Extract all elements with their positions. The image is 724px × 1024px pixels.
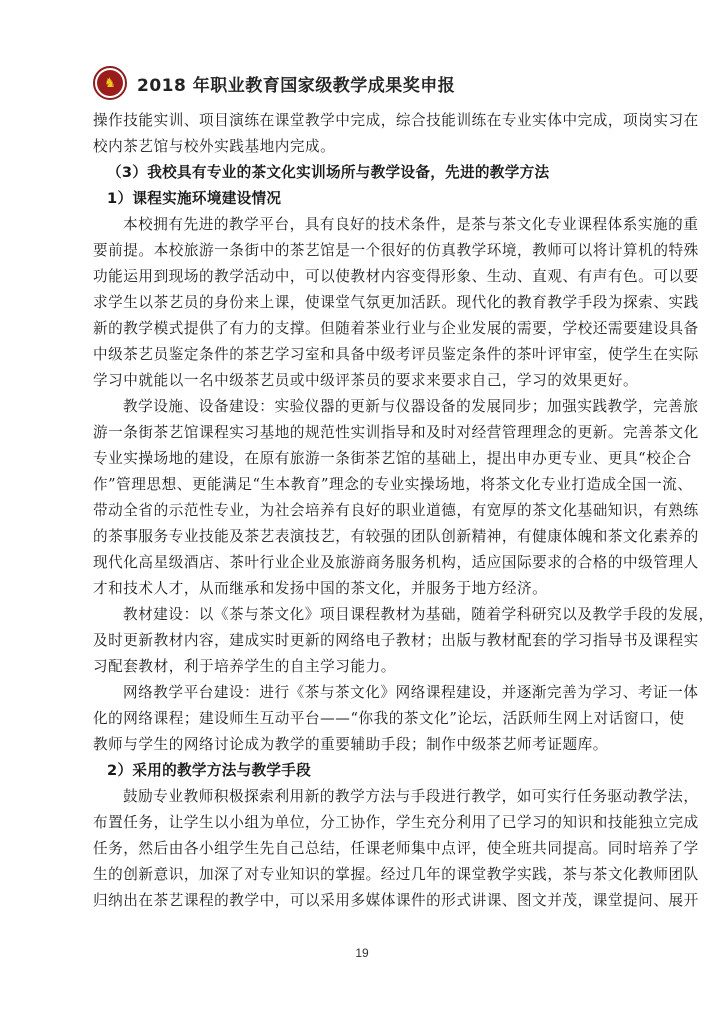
paragraph-line: 要前提。本校旅游一条街中的茶艺馆是一个很好的仿真教学环境，教师可以将计算机的特殊 (93, 238, 653, 264)
paragraph-line: 习配套教材，利于培养学生的自主学习能力。 (93, 654, 653, 680)
paragraph-line: 及时更新教材内容，建成实时更新的网络电子教材；出版与教材配套的学习指导书及课程实 (93, 628, 653, 654)
paragraph-line: 教师与学生的网络讨论成为教学的重要辅助手段；制作中级茶艺师考证题库。 (93, 732, 653, 758)
section-heading: 2）采用的教学方法与教学手段 (93, 758, 653, 784)
document-body: 操作技能实训、项目演练在课堂教学中完成，综合技能训练在专业实体中完成，项岗实习在… (93, 108, 653, 914)
paragraph-line: 生的创新意识，加深了对专业知识的掌握。经过几年的课堂教学实践，茶与茶文化教师团队 (93, 862, 653, 888)
page-header: ♞ 2018 年职业教育国家级教学成果奖申报 (93, 63, 455, 103)
paragraph-line: 现代化高星级酒店、茶叶行业企业及旅游商务服务机构，适应国际要求的合格的中级管理人 (93, 550, 653, 576)
section-heading: 1）课程实施环境建设情况 (93, 186, 653, 212)
paragraph-line: 求学生以茶艺员的身份来上课，使课堂气氛更加活跃。现代化的教育教学手段为探索、实践 (93, 290, 653, 316)
paragraph-line: 任务，然后由各小组学生先自己总结，任课老师集中点评，使全班共同提高。同时培养了学 (93, 836, 653, 862)
paragraph-line: 才和技术人才，从而继承和发扬中国的茶文化，并服务于地方经济。 (93, 576, 653, 602)
paragraph-line: 游一条街茶艺馆课程实习基地的规范性实训指导和及时对经营管理理念的更新。完善茶文化 (93, 420, 653, 446)
paragraph-line: 新的教学模式提供了有力的支撑。但随着茶业行业与企业发展的需要，学校还需要建设具备 (93, 316, 653, 342)
paragraph-line: 操作技能实训、项目演练在课堂教学中完成，综合技能训练在专业实体中完成，项岗实习在 (93, 108, 653, 134)
paragraph-line: 的茶事服务专业技能及茶艺表演技艺，有较强的团队创新精神，有健康体魄和茶文化素养的 (93, 524, 653, 550)
header-title: 2018 年职业教育国家级教学成果奖申报 (137, 71, 455, 96)
paragraph-line: 本校拥有先进的教学平台，具有良好的技术条件，是茶与茶文化专业课程体系实施的重 (93, 212, 653, 238)
paragraph-line: 带动全省的示范性专业，为社会培养有良好的职业道德，有宽厚的茶文化基础知识，有熟练 (93, 498, 653, 524)
paragraph-line: 鼓励专业教师积极探索利用新的教学方法与手段进行教学，如可实行任务驱动教学法， (93, 784, 653, 810)
paragraph-line: 作”管理思想、更能满足“生本教育”理念的专业实操场地，将茶文化专业打造成全国一流… (93, 472, 653, 498)
school-emblem-icon: ♞ (93, 66, 127, 100)
paragraph-line: 教材建设：以《茶与茶文化》项目课程教材为基础，随着学科研究以及教学手段的发展， (93, 602, 653, 628)
paragraph-line: 网络教学平台建设：进行《茶与茶文化》网络课程建设，并逐渐完善为学习、考证一体 (93, 680, 653, 706)
horse-icon: ♞ (97, 70, 123, 96)
section-heading: （3）我校具有专业的茶文化实训场所与教学设备，先进的教学方法 (93, 160, 653, 186)
paragraph-line: 教学设施、设备建设：实验仪器的更新与仪器设备的发展同步；加强实践教学，完善旅 (93, 394, 653, 420)
paragraph-line: 归纳出在茶艺课程的教学中，可以采用多媒体课件的形式讲课、图文并茂，课堂提问、展开 (93, 888, 653, 914)
paragraph-line: 中级茶艺员鉴定条件的茶艺学习室和具备中级考评员鉴定条件的茶叶评审室，使学生在实际 (93, 342, 653, 368)
paragraph-line: 校内茶艺馆与校外实践基地内完成。 (93, 134, 653, 160)
paragraph-line: 化的网络课程；建设师生互动平台——“你我的茶文化”论坛，活跃师生网上对话窗口，使 (93, 706, 653, 732)
paragraph-line: 功能运用到现场的教学活动中，可以使教材内容变得形象、生动、直观、有声有色。可以要 (93, 264, 653, 290)
page-number: 19 (0, 946, 724, 960)
paragraph-line: 布置任务，让学生以小组为单位，分工协作，学生充分利用了已学习的知识和技能独立完成 (93, 810, 653, 836)
paragraph-line: 学习中就能以一名中级茶艺员或中级评茶员的要求来要求自己，学习的效果更好。 (93, 368, 653, 394)
paragraph-line: 专业实操场地的建设，在原有旅游一条街茶艺馆的基础上，提出申办更专业、更具“校企合 (93, 446, 653, 472)
